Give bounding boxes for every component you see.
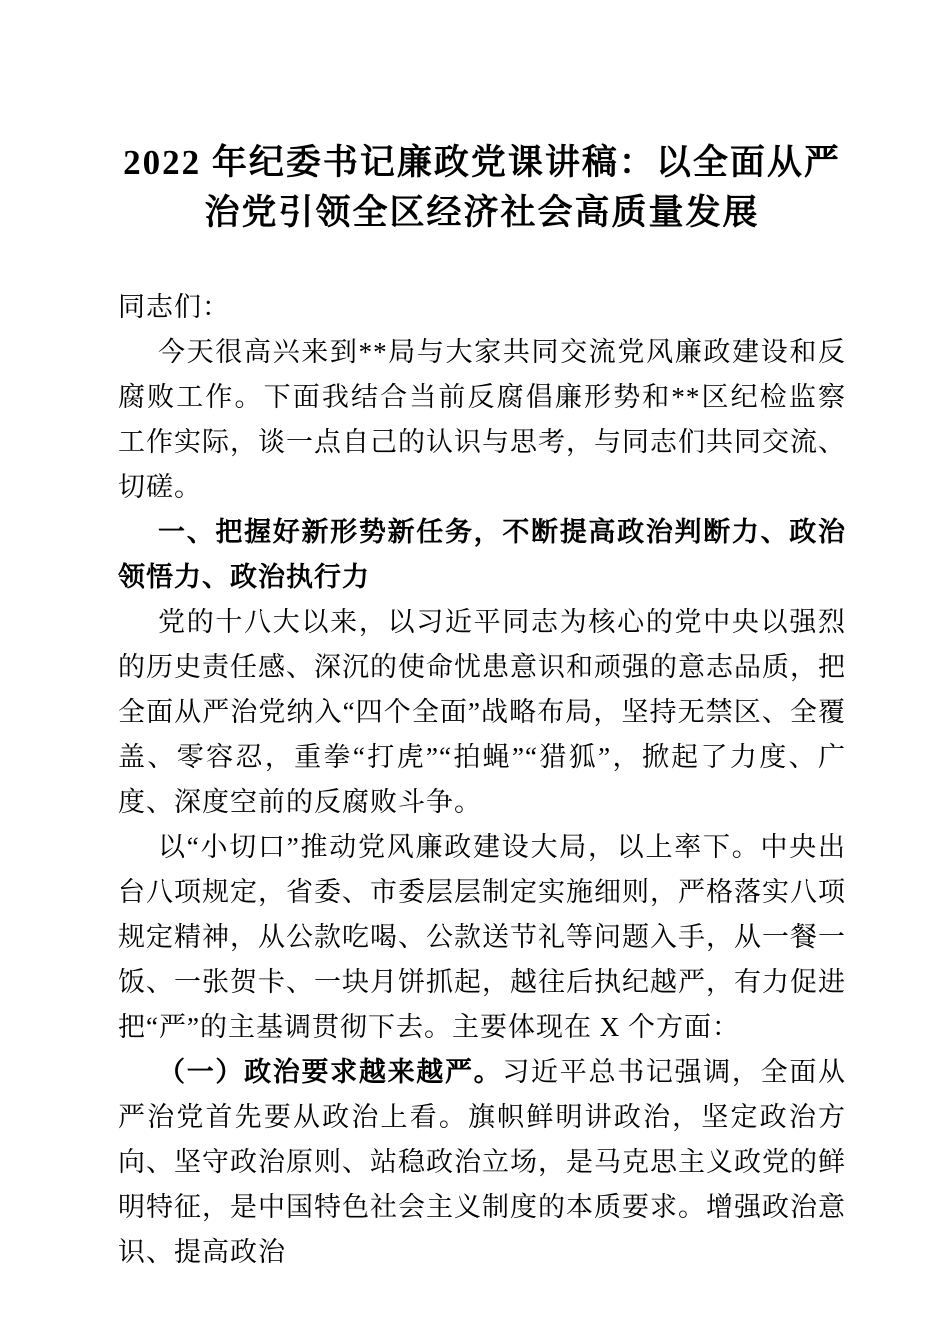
document-title-line-1: 2022 年纪委书记廉政党课讲稿：以全面从严 — [118, 138, 846, 188]
document-title-line-2: 治党引领全区经济社会高质量发展 — [118, 188, 846, 238]
intro-paragraph: 今天很高兴来到**局与大家共同交流党风廉政建设和反腐败工作。下面我结合当前反腐倡… — [118, 330, 846, 510]
section-1-heading: 一、把握好新形势新任务，不断提高政治判断力、政治领悟力、政治执行力 — [118, 510, 846, 600]
paragraph-eight-regulations: 以“小切口”推动党风廉政建设大局，以上率下。中央出台八项规定，省委、市委层层制定… — [118, 825, 846, 1050]
document-body: 同志们： 今天很高兴来到**局与大家共同交流党风廉政建设和反腐败工作。下面我结合… — [118, 285, 846, 1275]
paragraph-item-1: （一）政治要求越来越严。习近平总书记强调，全面从严治党首先要从政治上看。旗帜鲜明… — [118, 1050, 846, 1275]
document-title: 2022 年纪委书记廉政党课讲稿：以全面从严 治党引领全区经济社会高质量发展 — [118, 138, 846, 238]
salutation: 同志们： — [118, 285, 846, 330]
document-page: 2022 年纪委书记廉政党课讲稿：以全面从严 治党引领全区经济社会高质量发展 同… — [0, 0, 950, 1344]
item-1-text: 习近平总书记强调，全面从严治党首先要从政治上看。旗帜鲜明讲政治，坚定政治方向、坚… — [118, 1057, 846, 1267]
paragraph-18th-congress: 党的十八大以来，以习近平同志为核心的党中央以强烈的历史责任感、深沉的使命忧患意识… — [118, 600, 846, 825]
item-1-lead: （一）政治要求越来越严。 — [158, 1057, 502, 1087]
